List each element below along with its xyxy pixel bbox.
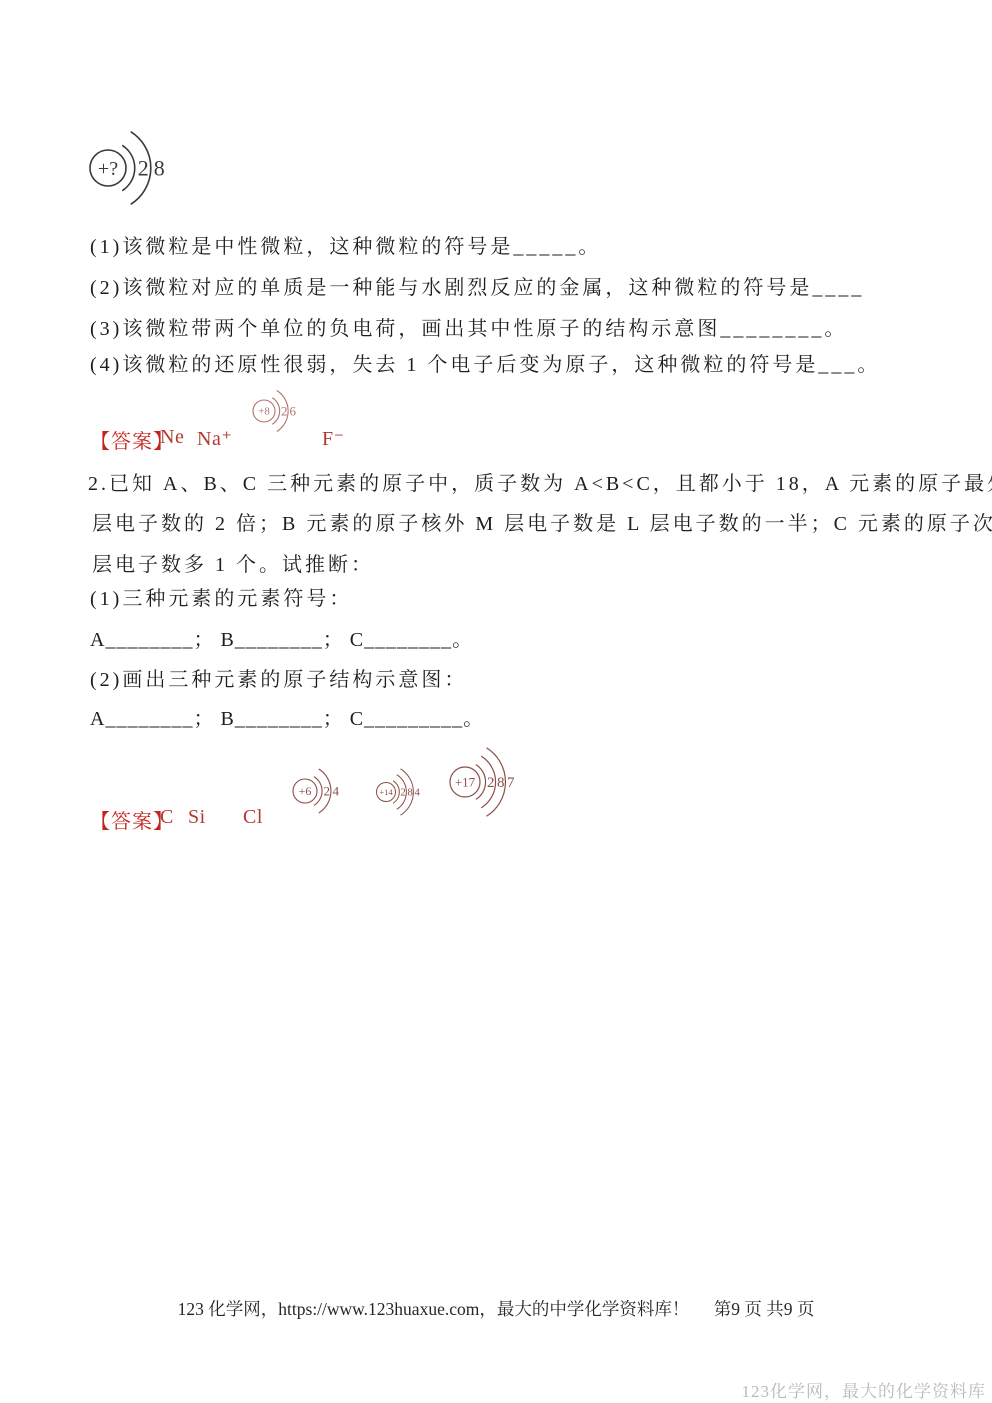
svg-text:+?: +?: [98, 158, 118, 180]
svg-text:6: 6: [289, 403, 296, 418]
svg-text:+6: +6: [299, 784, 312, 798]
q2-answer-value-c: C: [160, 806, 174, 829]
svg-text:7: 7: [507, 775, 515, 791]
worksheet-page: +?28 (1)该微粒是中性微粒，这种微粒的符号是_____。 (2)该微粒对应…: [0, 0, 992, 1403]
q2-sub2-blanks: A________； B________； C_________。: [90, 702, 484, 731]
svg-text:2: 2: [138, 156, 149, 181]
q1-part-1: (1)该微粒是中性微粒，这种微粒的符号是_____。: [90, 230, 601, 259]
atom-structure-diagram-q1: +?28: [86, 120, 186, 225]
svg-text:2: 2: [281, 403, 288, 418]
q1-part-2: (2)该微粒对应的单质是一种能与水剧烈反应的金属，这种微粒的符号是____: [90, 271, 864, 300]
svg-text:+14: +14: [379, 787, 393, 797]
q1-part-3: (3)该微粒带两个单位的负电荷，画出其中性原子的结构示意图________。: [90, 312, 847, 341]
svg-text:8: 8: [497, 775, 505, 791]
q1-part-4: (4)该微粒的还原性很弱，失去 1 个电子后变为原子，这种微粒的符号是___。: [90, 348, 880, 377]
footer-site-text: 123 化学网，https://www.123huaxue.com，最大的中学化…: [178, 1299, 690, 1319]
page-footer: 123 化学网，https://www.123huaxue.com，最大的中学化…: [0, 1296, 992, 1321]
svg-text:+17: +17: [455, 774, 476, 789]
q2-text-line-2: 层电子数的 2 倍；B 元素的原子核外 M 层电子数是 L 层电子数的一半；C …: [92, 507, 992, 536]
q2-answer-value-cl: Cl: [243, 806, 263, 829]
q1-answer-value-na-plus: Na⁺: [197, 426, 232, 451]
q2-text-line-3: 层电子数多 1 个。试推断：: [92, 548, 374, 577]
svg-text:2: 2: [400, 787, 406, 799]
atom-structure-diagram-carbon: +624: [287, 756, 349, 831]
svg-text:2: 2: [323, 783, 330, 798]
atom-structure-diagram-silicon: +14284: [371, 758, 431, 829]
svg-text:8: 8: [154, 156, 165, 181]
q2-text-line-1: 2.已知 A、B、C 三种元素的原子中，质子数为 A<B<C，且都小于 18，A…: [88, 467, 992, 496]
q2-answer-value-si: Si: [188, 806, 206, 829]
svg-text:4: 4: [414, 787, 420, 799]
svg-text:+8: +8: [258, 406, 270, 418]
svg-text:4: 4: [332, 783, 339, 798]
atom-structure-diagram-q1-answer-oxygen: +826: [245, 384, 307, 443]
svg-text:8: 8: [407, 787, 413, 799]
q1-answer-value-f-minus: F⁻: [322, 426, 345, 451]
watermark-text: 123化学网，最大的化学资料库: [742, 1377, 987, 1402]
atom-structure-diagram-chlorine: +17287: [443, 734, 535, 833]
svg-text:2: 2: [487, 775, 495, 791]
q2-sub1-blanks: A________； B________； C________。: [90, 623, 473, 652]
footer-page-number: 第9 页 共9 页: [714, 1299, 815, 1319]
q2-sub2-label: (2)画出三种元素的原子结构示意图：: [90, 663, 467, 692]
q2-sub1-label: (1)三种元素的元素符号：: [90, 582, 352, 611]
q1-answer-value-ne: Ne: [160, 426, 184, 449]
